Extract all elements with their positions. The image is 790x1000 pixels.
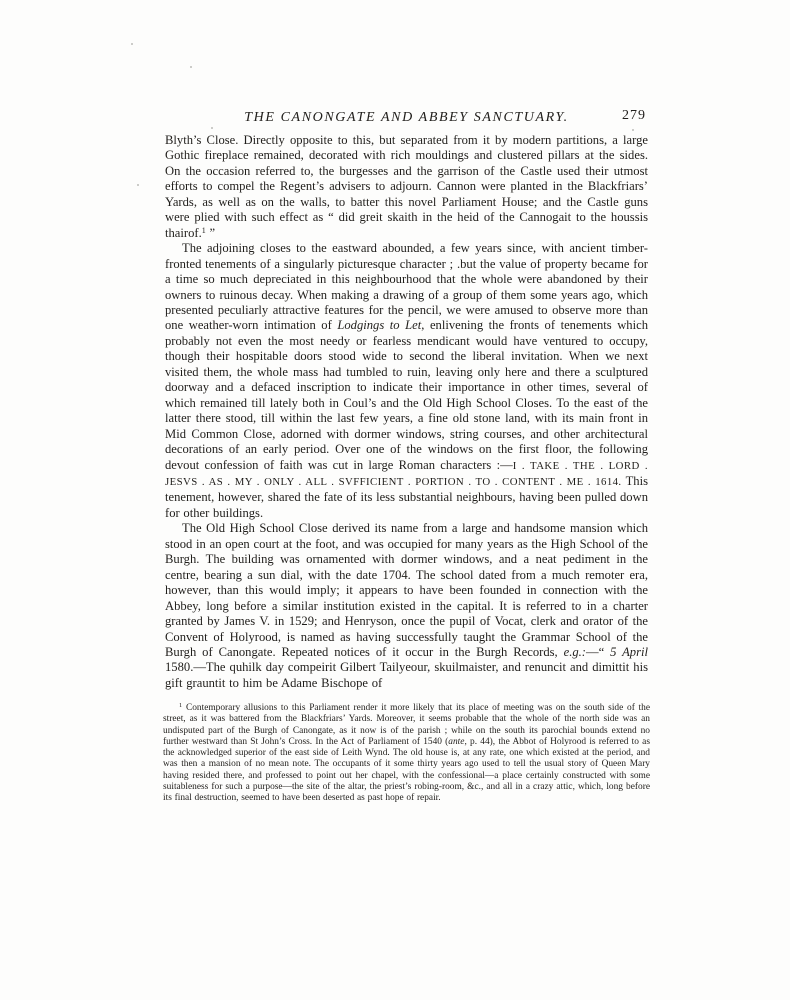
paragraph-adjoining-closes: The adjoining closes to the eastward abo… bbox=[165, 241, 648, 521]
italic-phrase-ante: ante bbox=[448, 737, 464, 747]
italic-phrase-date: 5 April bbox=[610, 645, 648, 659]
page-number: 279 bbox=[622, 108, 646, 124]
running-header: THE CANONGATE AND ABBEY SANCTUARY. 279 bbox=[165, 108, 648, 126]
running-header-title: THE CANONGATE AND ABBEY SANCTUARY. bbox=[244, 110, 568, 125]
footnote-paragraph: 1 Contemporary allusions to this Parliam… bbox=[163, 703, 650, 805]
paragraph-old-high-school: The Old High School Close derived its na… bbox=[165, 521, 648, 691]
paragraph-text: 1580.—The quhilk day compeirit Gilbert T… bbox=[165, 660, 648, 689]
paragraph-text: , enlivening the fronts of tenements whi… bbox=[165, 318, 648, 471]
scan-speck bbox=[131, 43, 133, 45]
scan-speck bbox=[137, 184, 139, 186]
paragraph-text: ” bbox=[206, 226, 215, 240]
scan-speck bbox=[190, 66, 192, 68]
footnote: 1 Contemporary allusions to this Parliam… bbox=[163, 703, 650, 805]
book-page: THE CANONGATE AND ABBEY SANCTUARY. 279 B… bbox=[0, 0, 790, 1000]
paragraph-text: The Old High School Close derived its na… bbox=[165, 521, 648, 659]
page-body: Blyth’s Close. Directly opposite to this… bbox=[165, 133, 648, 691]
italic-phrase-eg: e.g.: bbox=[564, 645, 586, 659]
paragraph-text: Blyth’s Close. Directly opposite to this… bbox=[165, 133, 648, 240]
paragraph-text: —“ bbox=[586, 645, 610, 659]
scan-speck bbox=[211, 127, 213, 129]
paragraph-blyths-close: Blyth’s Close. Directly opposite to this… bbox=[165, 133, 648, 241]
scan-speck bbox=[632, 129, 634, 131]
italic-phrase-lodgings-to-let: Lodgings to Let bbox=[337, 318, 421, 332]
